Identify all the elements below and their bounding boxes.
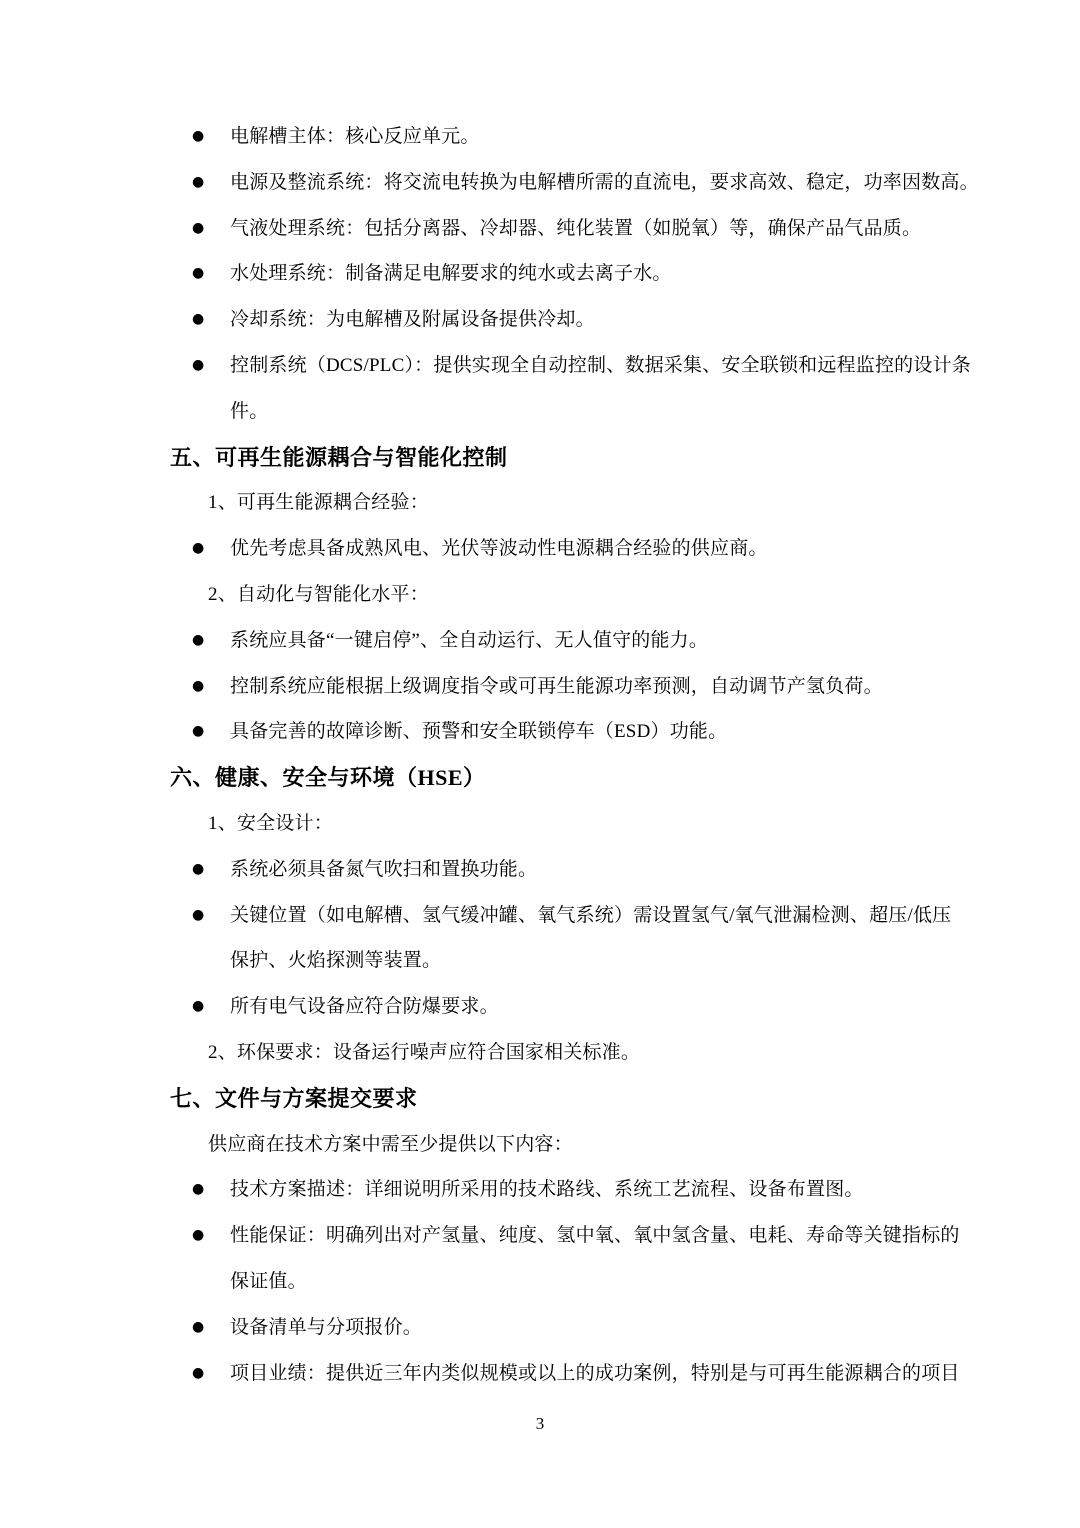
bullet-icon: ● [192, 664, 204, 710]
document-content: ●电解槽主体：核心反应单元。●电源及整流系统：将交流电转换为电解槽所需的直流电，… [170, 114, 990, 1396]
section-heading: 六、健康、安全与环境（HSE） [170, 755, 990, 801]
bullet-icon: ● [192, 984, 204, 1030]
text-line: 技术方案描述：详细说明所采用的技术路线、系统工艺流程、设备布置图。 [230, 1167, 990, 1213]
bullet-icon: ● [192, 160, 204, 206]
bullet-item: ●技术方案描述：详细说明所采用的技术路线、系统工艺流程、设备布置图。 [170, 1167, 990, 1213]
bullet-icon: ● [192, 618, 204, 664]
text-line: 水处理系统：制备满足电解要求的纯水或去离子水。 [230, 251, 990, 297]
bullet-item: ●项目业绩：提供近三年内类似规模或以上的成功案例，特别是与可再生能源耦合的项目 [170, 1351, 990, 1397]
bullet-icon: ● [192, 343, 204, 389]
text-line: 设备清单与分项报价。 [230, 1305, 990, 1351]
bullet-item: ●所有电气设备应符合防爆要求。 [170, 984, 990, 1030]
text-line: 项目业绩：提供近三年内类似规模或以上的成功案例，特别是与可再生能源耦合的项目 [230, 1351, 990, 1397]
text-line: 系统必须具备氮气吹扫和置换功能。 [230, 847, 990, 893]
bullet-item: ●关键位置（如电解槽、氢气缓冲罐、氧气系统）需设置氢气/氧气泄漏检测、超压/低压… [170, 893, 990, 985]
text-line: 性能保证：明确列出对产氢量、纯度、氢中氧、氧中氢含量、电耗、寿命等关键指标的 [230, 1213, 990, 1259]
bullet-item: ●控制系统应能根据上级调度指令或可再生能源功率预测，自动调节产氢负荷。 [170, 664, 990, 710]
bullet-icon: ● [192, 709, 204, 755]
bullet-item: ●冷却系统：为电解槽及附属设备提供冷却。 [170, 297, 990, 343]
text-line: 2、环保要求：设备运行噪声应符合国家相关标准。 [208, 1030, 990, 1076]
bullet-icon: ● [192, 893, 204, 939]
bullet-icon: ● [192, 1213, 204, 1259]
text-line: 系统应具备“一键启停”、全自动运行、无人值守的能力。 [230, 618, 990, 664]
text-line: 保护、火焰探测等装置。 [230, 938, 990, 984]
bullet-icon: ● [192, 847, 204, 893]
paragraph: 供应商在技术方案中需至少提供以下内容： [170, 1122, 990, 1168]
text-line: 控制系统（DCS/PLC）：提供实现全自动控制、数据采集、安全联锁和远程监控的设… [230, 343, 990, 389]
bullet-item: ●设备清单与分项报价。 [170, 1305, 990, 1351]
section-heading: 七、文件与方案提交要求 [170, 1076, 990, 1122]
text-line: 保证值。 [230, 1259, 990, 1305]
bullet-icon: ● [192, 1305, 204, 1351]
text-line: 五、可再生能源耦合与智能化控制 [170, 435, 990, 481]
text-line: 气液处理系统：包括分离器、冷却器、纯化装置（如脱氧）等，确保产品气品质。 [230, 206, 990, 252]
bullet-icon: ● [192, 251, 204, 297]
text-line: 具备完善的故障诊断、预警和安全联锁停车（ESD）功能。 [230, 709, 990, 755]
bullet-icon: ● [192, 526, 204, 572]
bullet-item: ●系统应具备“一键启停”、全自动运行、无人值守的能力。 [170, 618, 990, 664]
bullet-item: ●气液处理系统：包括分离器、冷却器、纯化装置（如脱氧）等，确保产品气品质。 [170, 206, 990, 252]
bullet-item: ●具备完善的故障诊断、预警和安全联锁停车（ESD）功能。 [170, 709, 990, 755]
bullet-item: ●水处理系统：制备满足电解要求的纯水或去离子水。 [170, 251, 990, 297]
text-line: 控制系统应能根据上级调度指令或可再生能源功率预测，自动调节产氢负荷。 [230, 664, 990, 710]
text-line: 供应商在技术方案中需至少提供以下内容： [208, 1122, 990, 1168]
bullet-item: ●性能保证：明确列出对产氢量、纯度、氢中氧、氧中氢含量、电耗、寿命等关键指标的保… [170, 1213, 990, 1305]
text-line: 件。 [230, 389, 990, 435]
bullet-item: ●优先考虑具备成熟风电、光伏等波动性电源耦合经验的供应商。 [170, 526, 990, 572]
text-line: 优先考虑具备成熟风电、光伏等波动性电源耦合经验的供应商。 [230, 526, 990, 572]
text-line: 电源及整流系统：将交流电转换为电解槽所需的直流电，要求高效、稳定，功率因数高。 [230, 160, 990, 206]
section-heading: 五、可再生能源耦合与智能化控制 [170, 435, 990, 481]
text-line: 冷却系统：为电解槽及附属设备提供冷却。 [230, 297, 990, 343]
bullet-item: ●电源及整流系统：将交流电转换为电解槽所需的直流电，要求高效、稳定，功率因数高。 [170, 160, 990, 206]
numbered-item: 2、自动化与智能化水平： [170, 572, 990, 618]
bullet-icon: ● [192, 114, 204, 160]
bullet-item: ●电解槽主体：核心反应单元。 [170, 114, 990, 160]
text-line: 2、自动化与智能化水平： [208, 572, 990, 618]
bullet-icon: ● [192, 1351, 204, 1397]
document-page: ●电解槽主体：核心反应单元。●电源及整流系统：将交流电转换为电解槽所需的直流电，… [0, 0, 1080, 1528]
numbered-item: 1、安全设计： [170, 801, 990, 847]
text-line: 六、健康、安全与环境（HSE） [170, 755, 990, 801]
text-line: 1、可再生能源耦合经验： [208, 480, 990, 526]
bullet-icon: ● [192, 1167, 204, 1213]
text-line: 七、文件与方案提交要求 [170, 1076, 990, 1122]
text-line: 电解槽主体：核心反应单元。 [230, 114, 990, 160]
text-line: 所有电气设备应符合防爆要求。 [230, 984, 990, 1030]
bullet-icon: ● [192, 206, 204, 252]
text-line: 1、安全设计： [208, 801, 990, 847]
numbered-item: 1、可再生能源耦合经验： [170, 480, 990, 526]
bullet-item: ●控制系统（DCS/PLC）：提供实现全自动控制、数据采集、安全联锁和远程监控的… [170, 343, 990, 435]
page-number: 3 [0, 1408, 1080, 1440]
numbered-item: 2、环保要求：设备运行噪声应符合国家相关标准。 [170, 1030, 990, 1076]
bullet-item: ●系统必须具备氮气吹扫和置换功能。 [170, 847, 990, 893]
text-line: 关键位置（如电解槽、氢气缓冲罐、氧气系统）需设置氢气/氧气泄漏检测、超压/低压 [230, 893, 990, 939]
bullet-icon: ● [192, 297, 204, 343]
